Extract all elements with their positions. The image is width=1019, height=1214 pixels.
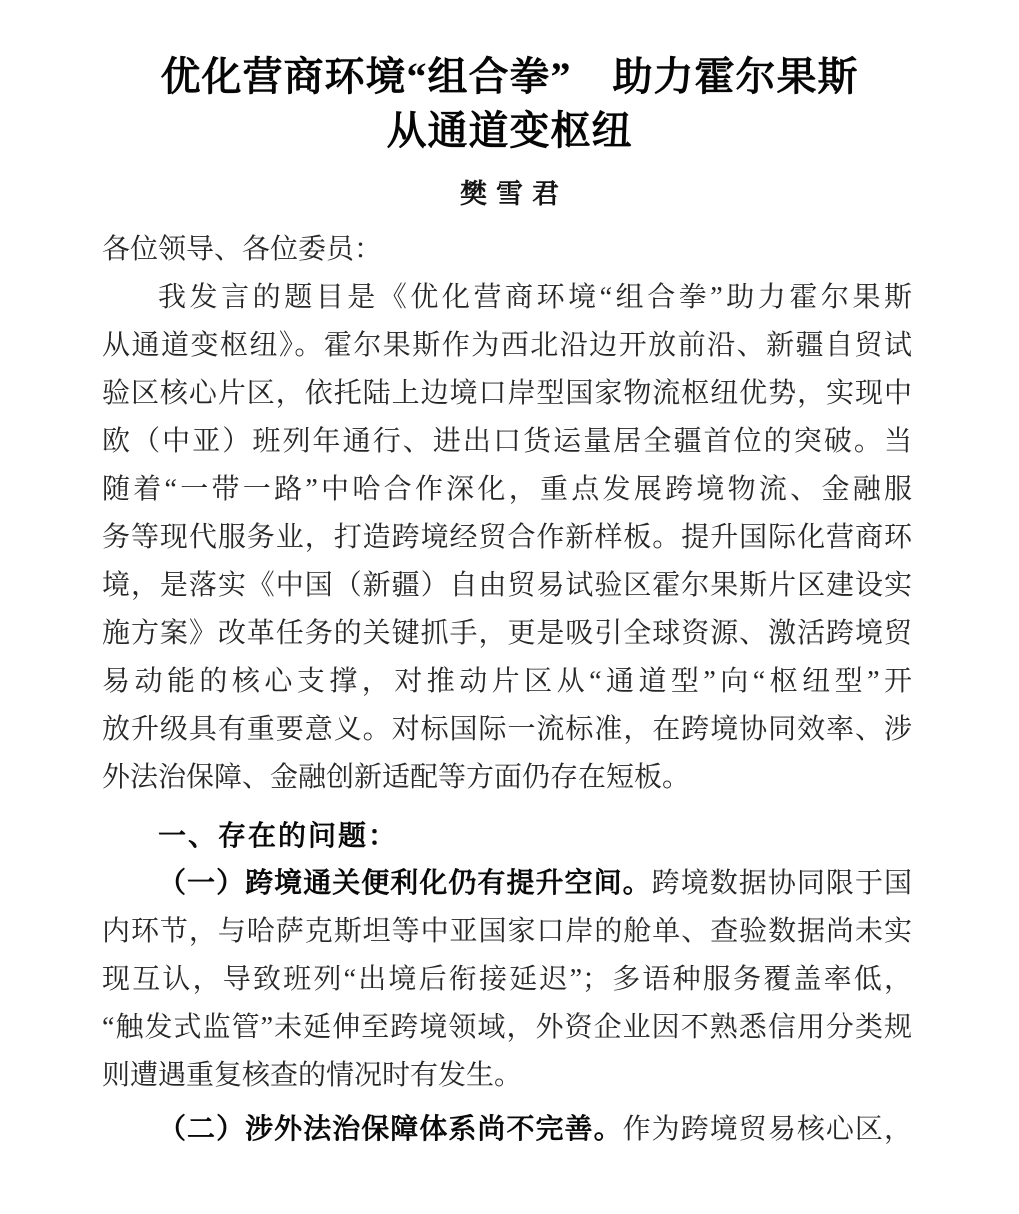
paragraph-line: 务等现代服务业，打造跨境经贸合作新样板。提升国际化营商环 — [102, 514, 912, 562]
paragraph-line: 现互认，导致班列“出境后衔接延迟”；多语种服务覆盖率低， — [102, 956, 912, 1004]
paragraph-line: 境，是落实《中国（新疆）自由贸易试验区霍尔果斯片区建设实 — [102, 562, 912, 610]
paragraph-line: 随着“一带一路”中哈合作深化，重点发展跨境物流、金融服 — [102, 466, 912, 514]
item-line: （二）涉外法治保障体系尚不完善。作为跨境贸易核心区， — [102, 1106, 912, 1154]
document-title: 优化营商环境“组合拳” 助力霍尔果斯 从通道变枢纽 — [0, 50, 1019, 158]
paragraph-line: 从通道变枢纽》。霍尔果斯作为西北沿边开放前沿、新疆自贸试 — [102, 322, 912, 370]
paragraph-line: 施方案》改革任务的关键抓手，更是吸引全球资源、激活跨境贸 — [102, 610, 912, 658]
title-line-2: 从通道变枢纽 — [0, 104, 1019, 158]
paragraph-line: 外法治保障、金融创新适配等方面仍存在短板。 — [102, 754, 912, 802]
item2-lead: （二）涉外法治保障体系尚不完善。 — [158, 1114, 623, 1145]
paragraph-line: 验区核心片区，依托陆上边境口岸型国家物流枢纽优势，实现中 — [102, 370, 912, 418]
paragraph-line: 放升级具有重要意义。对标国际一流标准，在跨境协同效率、涉 — [102, 706, 912, 754]
author-name: 樊雪君 — [0, 176, 1019, 212]
paragraph-line: “触发式监管”未延伸至跨境领域，外资企业因不熟悉信用分类规 — [102, 1004, 912, 1052]
paragraph-line: 内环节，与哈萨克斯坦等中亚国家口岸的舱单、查验数据尚未实 — [102, 908, 912, 956]
item-line: （一）跨境通关便利化仍有提升空间。跨境数据协同限于国 — [102, 860, 912, 908]
document-page: 优化营商环境“组合拳” 助力霍尔果斯 从通道变枢纽 樊雪君 各位领导、各位委员：… — [0, 0, 1019, 1214]
section-heading: 一、存在的问题： — [102, 812, 912, 860]
title-line-1: 优化营商环境“组合拳” 助力霍尔果斯 — [0, 50, 1019, 104]
paragraph-line: 欧（中亚）班列年通行、进出口货运量居全疆首位的突破。当前， — [102, 418, 912, 466]
item2-text: 作为跨境贸易核心区， — [623, 1114, 912, 1145]
paragraph-line: 易动能的核心支撑，对推动片区从“通道型”向“枢纽型”开 — [102, 658, 912, 706]
document-body: 各位领导、各位委员： 我发言的题目是《优化营商环境“组合拳”助力霍尔果斯 从通道… — [0, 226, 1019, 1154]
paragraph-line: 我发言的题目是《优化营商环境“组合拳”助力霍尔果斯 — [102, 274, 912, 322]
item1-lead: （一）跨境通关便利化仍有提升空间。 — [158, 868, 652, 899]
item1-text: 跨境数据协同限于国 — [652, 868, 912, 899]
paragraph-line: 则遭遇重复核查的情况时有发生。 — [102, 1052, 912, 1100]
salutation-line: 各位领导、各位委员： — [102, 226, 912, 274]
